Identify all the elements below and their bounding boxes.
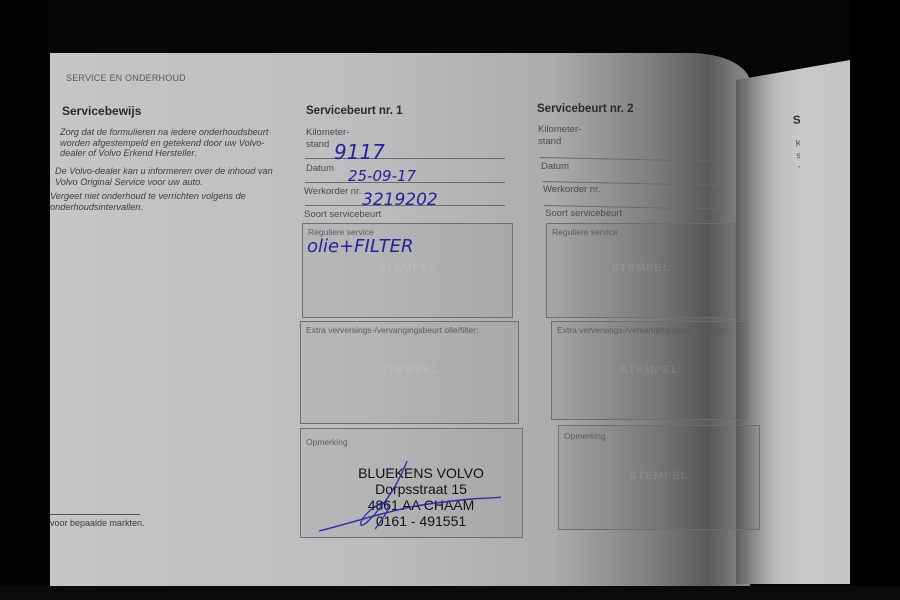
background-right: [850, 0, 900, 600]
service-entry-3-partial: Servicebe Kilometer- stand Datum Werkord…: [0, 0, 850, 600]
